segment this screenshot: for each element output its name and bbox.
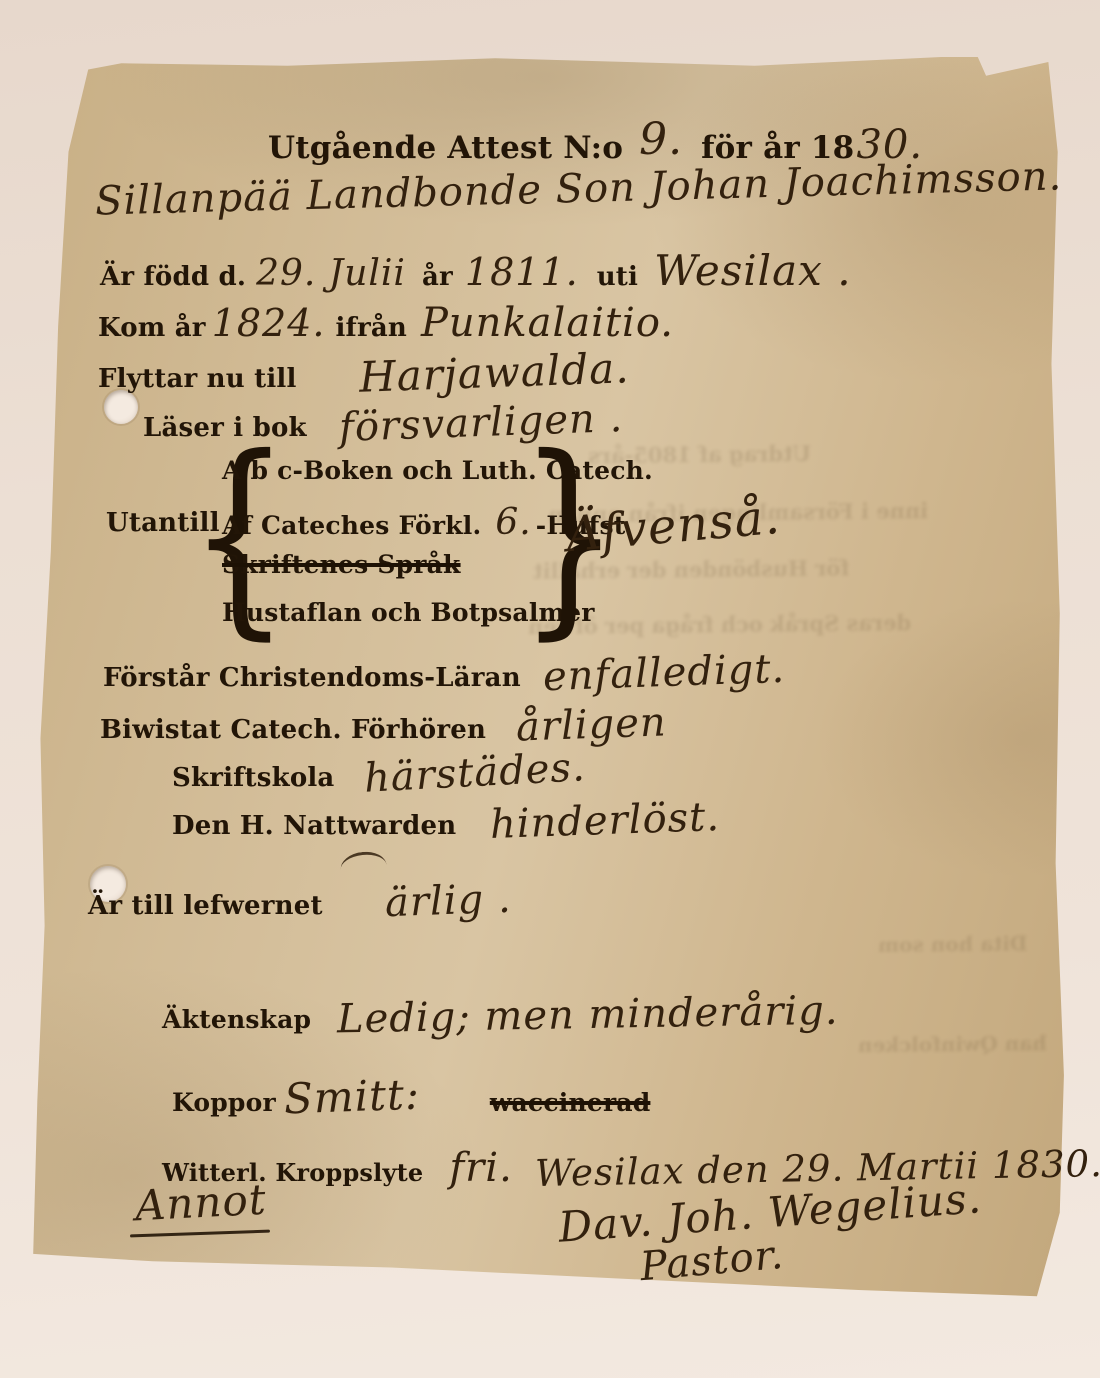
marriage-label: Äktenskap: [162, 1005, 311, 1034]
bleedthrough-text: han Qwinfolcken: [858, 1031, 1047, 1057]
annot-label: Annot: [134, 1175, 268, 1231]
conduct-hand: ärlig .: [384, 876, 512, 926]
confirmation-school-label: Skriftskola: [172, 763, 334, 793]
moves-label: Flyttar nu till: [98, 364, 297, 394]
memorized-item-text: Skriftenes Språk: [222, 550, 461, 579]
born-year-label: år: [422, 262, 453, 292]
bodily-defect-hand: fri.: [449, 1145, 512, 1191]
catechism-meetings-line: Biwistat Catech. Förhören årligen: [100, 702, 667, 748]
born-hand-date: 29. Julii: [256, 253, 406, 294]
came-line: Kom år 1824. ifrån Punkalaitio.: [98, 300, 674, 346]
moves-hand-place: Harjawalda.: [358, 343, 630, 401]
smallpox-label: Koppor: [172, 1088, 276, 1117]
marriage-hand: Ledig; men minderårig.: [337, 988, 839, 1043]
understands-label: Förstår Christendoms-Läran: [103, 663, 521, 693]
communion-label: Den H. Nattwarden: [172, 811, 456, 841]
smallpox-struck-word: waccinerad: [490, 1088, 651, 1117]
catechism-meetings-label: Biwistat Catech. Förhören: [100, 715, 486, 745]
catechism-meetings-hand: årligen: [515, 699, 667, 750]
born-place-label: uti: [597, 262, 638, 292]
conduct-line: Är till lefwernet ärlig .: [88, 878, 511, 924]
came-label: Kom år: [98, 313, 206, 343]
confirmation-school-hand: härstädes.: [363, 744, 587, 802]
born-hand-place: Wesilax .: [654, 246, 851, 295]
memorized-item-struck: Skriftenes Språk: [222, 550, 461, 579]
confirmation-school-line: Skriftskola härstädes.: [172, 750, 586, 796]
moves-line: Flyttar nu till Harjawalda.: [98, 348, 629, 397]
came-hand-year: 1824.: [212, 301, 326, 345]
smallpox-line: Koppor Smitt: waccinerad: [172, 1072, 650, 1121]
communion-line: Den H. Nattwarden hinderlöst.: [172, 798, 720, 844]
came-from-label: ifrån: [335, 313, 407, 343]
bleedthrough-text: Dita hon som: [878, 931, 1027, 957]
smallpox-hand: Smitt:: [283, 1070, 421, 1124]
communion-hand: hinderlöst.: [490, 794, 721, 848]
photo-of-church-certificate: { "colors": { "mat_background": "#ecdfd4…: [0, 0, 1100, 1378]
born-label: Är född d.: [100, 262, 246, 292]
title-printed-prefix: Utgående Attest N:o: [268, 130, 623, 166]
understands-hand: enfalledigt.: [542, 646, 786, 700]
understands-line: Förstår Christendoms-Läran enfalledigt.: [103, 650, 785, 696]
memorized-item-text: Af Cateches Förkl.: [222, 511, 481, 540]
came-hand-place: Punkalaitio.: [421, 300, 674, 346]
title-hand-number: 9.: [639, 114, 683, 165]
marriage-line: Äktenskap Ledig; men minderårig.: [162, 992, 839, 1038]
born-line: Är född d. 29. Julii år 1811. uti Wesila…: [100, 246, 852, 295]
conduct-label: Är till lefwernet: [88, 891, 323, 921]
born-hand-year: 1811.: [465, 250, 579, 294]
